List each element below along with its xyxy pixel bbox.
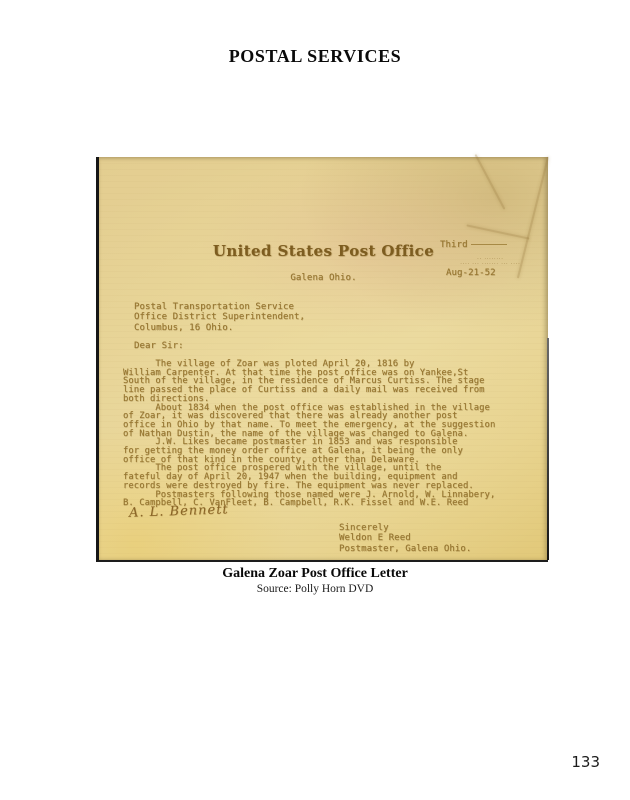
paper-crease	[474, 154, 504, 209]
scan-edge-shadow	[547, 338, 549, 560]
book-page: POSTAL SERVICES Third ·· ············ ··…	[0, 0, 630, 800]
recipient-address-line: Office District Superintendent,	[134, 312, 305, 322]
closing-line: Weldon E Reed	[339, 533, 471, 543]
letter-body: The village of Zoar was ploted April 20,…	[123, 360, 495, 508]
handwritten-signature: A. L. Bennett	[129, 502, 229, 520]
letter-scan: Third ·· ············ ··· ······· ··· ··…	[96, 157, 548, 562]
caption-title: Galena Zoar Post Office Letter	[0, 566, 630, 582]
recipient-address-line: Columbus, 16 Ohio.	[134, 323, 305, 333]
caption-source: Source: Polly Horn DVD	[0, 583, 630, 595]
letter-date: Aug-21-52	[446, 268, 496, 278]
letterhead-title: United States Post Office	[99, 242, 548, 260]
recipient-address: Postal Transportation ServiceOffice Dist…	[134, 302, 305, 333]
closing-line: Postmaster, Galena Ohio.	[339, 544, 471, 554]
closing-line: Sincerely	[339, 523, 471, 533]
salutation: Dear Sir:	[134, 341, 184, 351]
page-number: 133	[571, 753, 600, 771]
stamp-small-print-line: ···· ··· ······· ··· ····	[440, 262, 540, 267]
closing-block: SincerelyWeldon E ReedPostmaster, Galena…	[339, 523, 471, 554]
recipient-address-line: Postal Transportation Service	[134, 302, 305, 312]
page-title: POSTAL SERVICES	[0, 46, 630, 67]
